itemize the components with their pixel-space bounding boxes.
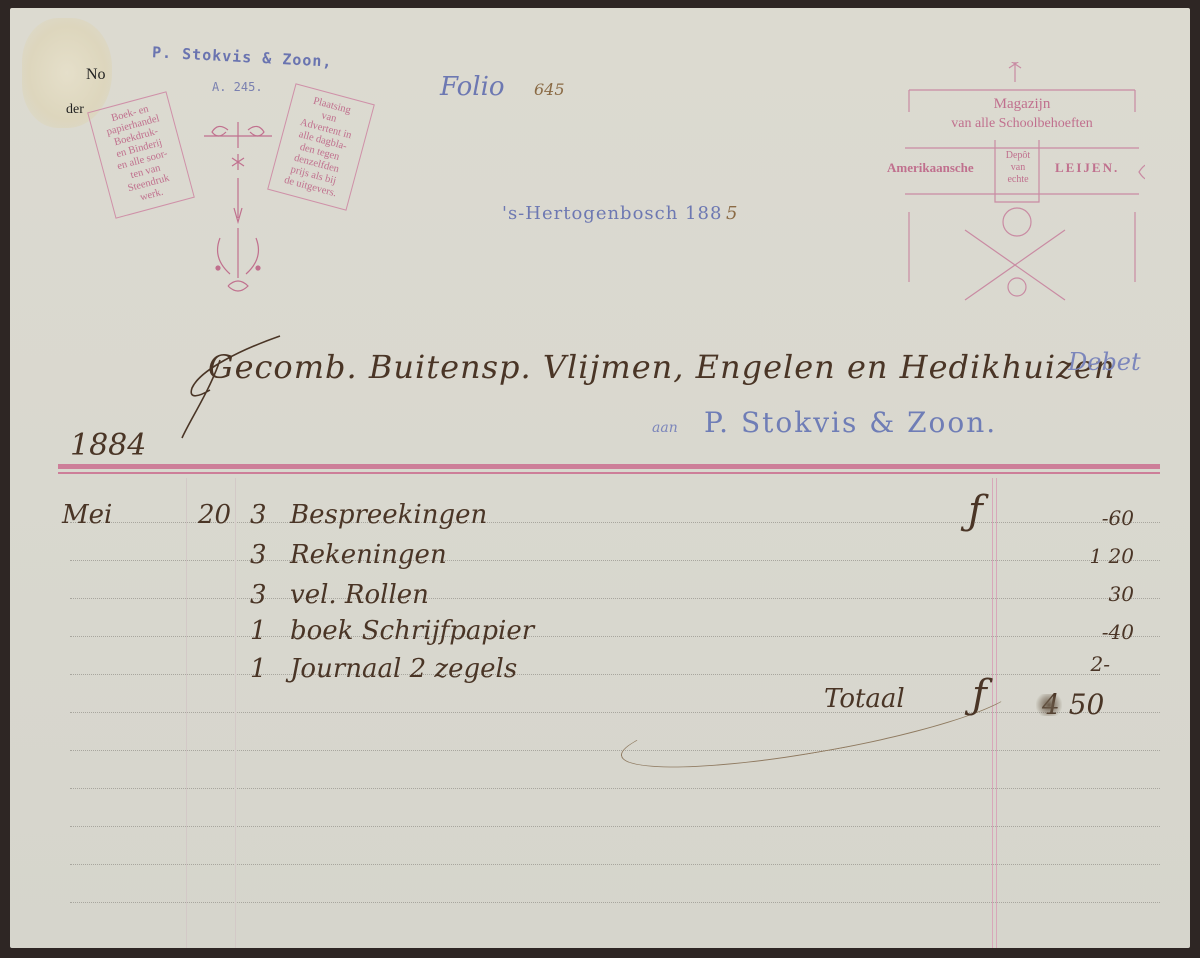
- ink-blot: [1036, 694, 1062, 716]
- header-rule-thin: [58, 472, 1160, 474]
- item-month: Mei: [62, 500, 112, 530]
- item-description: vel. Rollen: [290, 580, 429, 610]
- header-rule: [58, 464, 1160, 469]
- der-label: der: [66, 102, 84, 118]
- item-qty: 3: [250, 580, 267, 610]
- item-amount: 2-: [1040, 652, 1110, 676]
- magazine-line-2: van alle Schoolbehoeften: [905, 116, 1139, 132]
- city-date-line: 's-Hertogenbosch 188: [502, 203, 722, 224]
- item-description: boek Schrijfpapier: [290, 616, 534, 646]
- addressee-name: Gecomb. Buitensp. Vlijmen, Engelen en He…: [208, 348, 1115, 386]
- item-description: Rekeningen: [290, 540, 447, 570]
- item-qty: 1: [250, 654, 267, 684]
- item-amount: 1 20: [1064, 544, 1134, 568]
- item-description: Bespreekingen: [290, 500, 487, 530]
- total-guilder-symbol: ƒ: [972, 672, 987, 718]
- invoice-year: 1884: [70, 428, 146, 463]
- magazine-right-text: LEIJEN.: [1055, 160, 1119, 176]
- year-suffix: 5: [726, 203, 737, 224]
- depot-line: echte: [997, 174, 1039, 186]
- depot-line: van: [997, 162, 1039, 174]
- item-amount: -40: [1064, 620, 1134, 644]
- magazine-left-text: Amerikaansche: [887, 160, 974, 176]
- guilder-symbol: ƒ: [968, 488, 983, 534]
- column-line-date: [186, 478, 187, 948]
- column-line-qty: [235, 478, 236, 948]
- column-line-amount: [992, 478, 993, 948]
- folio-number: 645: [534, 80, 565, 99]
- item-amount: 30: [1064, 582, 1134, 606]
- depot-line: Depôt: [997, 150, 1039, 162]
- number-label: No: [86, 66, 106, 84]
- item-qty: 1: [250, 616, 267, 646]
- reference-number: A. 245.: [212, 80, 263, 94]
- magazine-panel: Magazijn van alle Schoolbehoeften Amerik…: [905, 62, 1115, 272]
- item-day: 20: [198, 500, 231, 530]
- item-qty: 3: [250, 500, 267, 530]
- aan-label: aan: [652, 420, 678, 436]
- item-amount: -60: [1064, 506, 1134, 530]
- total-label: Totaal: [824, 684, 905, 714]
- magazine-line-1: Magazijn: [905, 96, 1139, 113]
- item-qty: 3: [250, 540, 267, 570]
- debet-label: Debet: [1068, 348, 1141, 376]
- depot-text: Depôt van echte: [997, 150, 1039, 186]
- ornament-icon: [198, 118, 278, 308]
- column-line-amount-2: [996, 478, 997, 948]
- item-description: Journaal 2 zegels: [290, 654, 517, 684]
- folio-label: Folio: [440, 72, 505, 102]
- creditor-name: P. Stokvis & Zoon.: [704, 406, 997, 439]
